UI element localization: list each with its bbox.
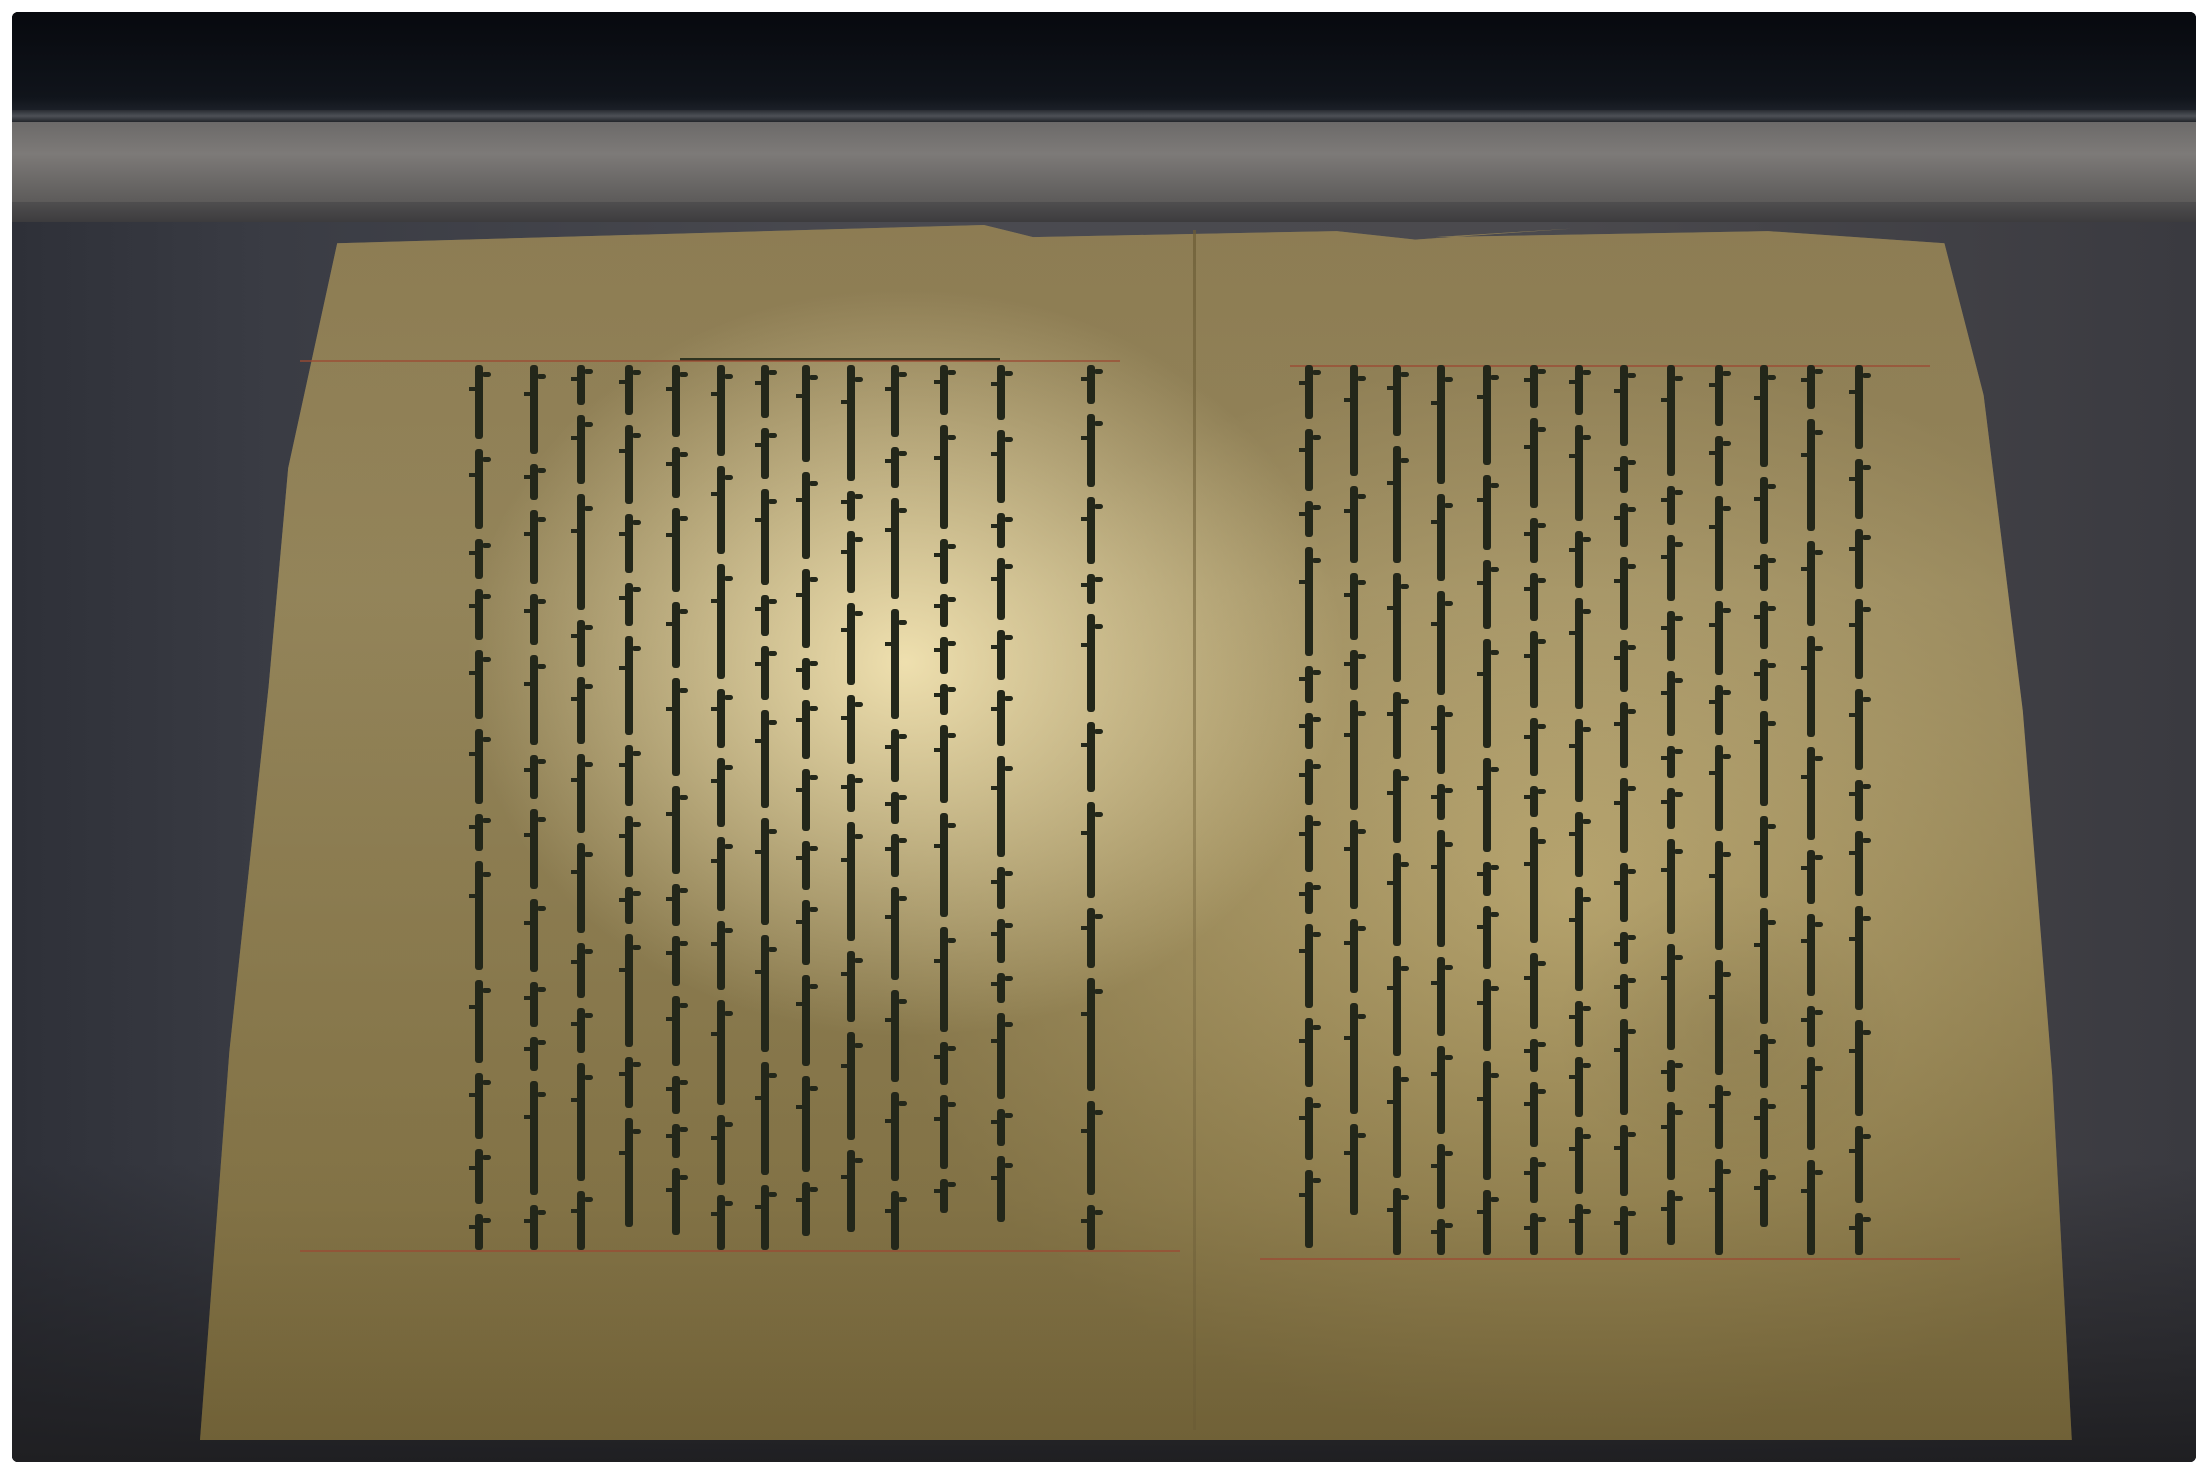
script-word	[891, 365, 899, 437]
ruling-line	[300, 1250, 1180, 1252]
script-word	[577, 1063, 585, 1181]
script-word	[1087, 574, 1095, 604]
script-word	[1620, 1206, 1628, 1255]
script-word	[717, 564, 725, 679]
script-word	[475, 729, 483, 804]
script-word	[717, 466, 725, 554]
script-column	[1432, 365, 1450, 1255]
script-word	[1667, 611, 1675, 661]
script-word	[1305, 882, 1313, 914]
script-word	[1483, 906, 1491, 969]
script-word	[577, 677, 585, 744]
script-column	[797, 365, 815, 1236]
script-word	[802, 1076, 810, 1172]
script-word	[1350, 1124, 1358, 1215]
script-word	[717, 1195, 725, 1250]
script-word	[1305, 429, 1313, 491]
script-word	[1575, 1001, 1583, 1047]
script-word	[1760, 908, 1768, 1024]
script-word	[847, 365, 855, 481]
script-word	[1667, 1060, 1675, 1092]
script-word	[1575, 812, 1583, 877]
script-word	[625, 1118, 633, 1227]
script-word	[1715, 1159, 1723, 1255]
script-word	[1437, 365, 1445, 484]
script-word	[1715, 745, 1723, 831]
script-word	[1620, 778, 1628, 853]
script-word	[1350, 486, 1358, 563]
script-word	[1087, 722, 1095, 792]
script-column	[1850, 365, 1868, 1255]
script-word	[672, 786, 680, 874]
script-word	[1530, 1039, 1538, 1072]
script-word	[997, 756, 1005, 857]
display-case-rail	[12, 110, 2196, 122]
script-word	[761, 646, 769, 700]
script-word	[847, 1032, 855, 1140]
script-word	[1350, 365, 1358, 476]
script-word	[1620, 863, 1628, 922]
script-word	[940, 637, 948, 674]
script-word	[530, 365, 538, 454]
script-word	[1760, 1034, 1768, 1088]
script-word	[1855, 365, 1863, 449]
script-word	[530, 809, 538, 889]
script-word	[1667, 1102, 1675, 1180]
script-word	[1530, 418, 1538, 508]
script-word	[625, 745, 633, 806]
script-word	[1760, 365, 1768, 467]
script-word	[1667, 839, 1675, 934]
script-word	[1305, 759, 1313, 805]
script-word	[940, 813, 948, 917]
script-word	[997, 973, 1005, 1003]
script-word	[891, 887, 899, 980]
script-word	[1807, 365, 1815, 409]
script-word	[1620, 932, 1628, 964]
script-word	[1620, 1125, 1628, 1196]
script-column	[667, 365, 685, 1235]
script-word	[717, 1115, 725, 1185]
script-word	[761, 595, 769, 636]
script-word	[1483, 1061, 1491, 1180]
script-word	[1575, 531, 1583, 588]
script-word	[625, 1057, 633, 1108]
script-column	[712, 365, 730, 1250]
script-word	[940, 927, 948, 1032]
ruling-line	[1260, 1258, 1960, 1260]
script-word	[940, 425, 948, 529]
script-word	[1305, 1018, 1313, 1087]
script-word	[1620, 640, 1628, 692]
script-word	[761, 710, 769, 808]
script-word	[1393, 853, 1401, 946]
script-word	[1855, 529, 1863, 589]
script-word	[1437, 1144, 1445, 1209]
script-word	[891, 729, 899, 782]
script-word	[802, 769, 810, 831]
script-word	[1807, 636, 1815, 737]
script-column	[1525, 365, 1543, 1255]
script-column	[1345, 365, 1363, 1215]
script-word	[997, 630, 1005, 680]
script-word	[530, 594, 538, 645]
script-word	[717, 1000, 725, 1105]
script-word	[625, 583, 633, 626]
script-column	[992, 365, 1010, 1222]
script-word	[997, 1013, 1005, 1099]
script-word	[1483, 979, 1491, 1051]
script-word	[1807, 419, 1815, 531]
script-word	[1575, 365, 1583, 415]
script-word	[1855, 780, 1863, 821]
script-word	[625, 816, 633, 877]
script-word	[1393, 692, 1401, 759]
script-word	[1760, 659, 1768, 701]
script-word	[475, 449, 483, 529]
script-word	[847, 822, 855, 941]
script-word	[1530, 718, 1538, 776]
script-word	[1437, 1046, 1445, 1134]
script-word	[1715, 365, 1723, 426]
script-word	[1530, 1157, 1538, 1203]
script-word	[530, 510, 538, 584]
script-word	[717, 758, 725, 827]
script-word	[847, 951, 855, 1022]
center-fold	[1193, 230, 1196, 1430]
script-column	[572, 365, 590, 1250]
script-word	[625, 425, 633, 504]
script-word	[1575, 1127, 1583, 1194]
script-word	[1305, 547, 1313, 656]
script-word	[1305, 1170, 1313, 1248]
script-column	[525, 365, 543, 1250]
script-word	[1437, 784, 1445, 820]
script-column	[1570, 365, 1588, 1255]
script-word	[802, 700, 810, 759]
script-word	[1855, 689, 1863, 770]
script-word	[1393, 1066, 1401, 1178]
script-word	[891, 609, 899, 719]
script-word	[577, 415, 585, 484]
script-word	[1305, 713, 1313, 749]
script-column	[470, 365, 488, 1250]
script-word	[1483, 365, 1491, 465]
script-word	[1760, 816, 1768, 898]
script-word	[761, 489, 769, 585]
script-word	[530, 899, 538, 972]
script-word	[475, 1149, 483, 1204]
script-word	[997, 558, 1005, 620]
script-word	[1305, 924, 1313, 1008]
script-word	[1855, 1020, 1863, 1116]
script-word	[940, 1179, 948, 1213]
script-word	[761, 818, 769, 925]
script-word	[997, 430, 1005, 503]
script-word	[847, 603, 855, 685]
script-word	[530, 982, 538, 1027]
script-word	[847, 491, 855, 521]
script-word	[802, 569, 810, 648]
script-word	[847, 1150, 855, 1232]
script-word	[1305, 815, 1313, 872]
script-word	[1575, 887, 1583, 991]
display-case-top	[12, 12, 2196, 112]
script-word	[1807, 1006, 1815, 1047]
script-word	[530, 1081, 538, 1195]
script-word	[761, 935, 769, 1052]
script-word	[625, 636, 633, 735]
script-word	[940, 725, 948, 803]
script-word	[1437, 1219, 1445, 1255]
script-word	[1530, 573, 1538, 621]
script-word	[1087, 614, 1095, 712]
script-word	[891, 1191, 899, 1250]
script-word	[1667, 746, 1675, 778]
script-word	[1393, 446, 1401, 563]
script-word	[940, 365, 948, 415]
script-word	[847, 774, 855, 812]
script-word	[997, 690, 1005, 746]
script-word	[475, 1073, 483, 1139]
script-column	[886, 365, 904, 1250]
script-word	[802, 841, 810, 890]
script-word	[475, 365, 483, 439]
script-word	[1715, 601, 1723, 675]
script-word	[1530, 631, 1538, 708]
script-word	[940, 1095, 948, 1169]
script-word	[1350, 700, 1358, 810]
script-word	[672, 602, 680, 668]
script-word	[1483, 758, 1491, 852]
script-word	[475, 814, 483, 851]
script-column	[756, 365, 774, 1250]
script-word	[761, 1185, 769, 1250]
script-word	[577, 494, 585, 610]
script-word	[1393, 769, 1401, 843]
script-word	[475, 650, 483, 719]
script-word	[672, 1076, 680, 1114]
script-word	[997, 365, 1005, 420]
script-word	[1483, 862, 1491, 896]
script-word	[530, 1205, 538, 1250]
script-word	[891, 447, 899, 488]
script-word	[1350, 650, 1358, 690]
script-word	[1087, 1101, 1095, 1195]
script-word	[1530, 1213, 1538, 1255]
script-word	[940, 684, 948, 715]
script-word	[1855, 459, 1863, 519]
ruling-line	[300, 360, 1120, 362]
script-word	[1483, 560, 1491, 629]
script-word	[1087, 978, 1095, 1091]
script-word	[802, 365, 810, 462]
script-word	[1760, 711, 1768, 806]
script-word	[940, 1042, 948, 1085]
script-word	[1807, 1057, 1815, 1150]
script-word	[1575, 598, 1583, 709]
script-word	[577, 620, 585, 667]
script-word	[1807, 541, 1815, 626]
script-word	[1087, 497, 1095, 564]
script-word	[1667, 671, 1675, 736]
script-word	[1620, 974, 1628, 1009]
script-word	[577, 365, 585, 405]
script-word	[1807, 914, 1815, 996]
script-word	[1760, 1098, 1768, 1159]
script-word	[940, 594, 948, 627]
script-column	[620, 365, 638, 1227]
script-word	[1393, 956, 1401, 1056]
script-word	[1620, 365, 1628, 446]
script-word	[891, 792, 899, 824]
script-word	[717, 837, 725, 911]
script-word	[1530, 1082, 1538, 1147]
script-word	[802, 1182, 810, 1236]
script-word	[1760, 601, 1768, 649]
script-word	[1437, 494, 1445, 581]
script-word	[802, 658, 810, 690]
script-word	[1807, 747, 1815, 840]
script-word	[1087, 414, 1095, 487]
ruling-line	[1290, 365, 1930, 367]
script-word	[577, 943, 585, 998]
script-word	[940, 539, 948, 584]
script-word	[1483, 475, 1491, 550]
script-word	[625, 934, 633, 1047]
script-word	[1530, 365, 1538, 408]
script-word	[1620, 557, 1628, 630]
script-word	[1437, 830, 1445, 947]
display-case-ledge	[12, 122, 2196, 202]
script-word	[577, 754, 585, 833]
script-word	[1305, 666, 1313, 703]
script-word	[475, 1214, 483, 1250]
script-word	[1575, 425, 1583, 521]
script-word	[1620, 456, 1628, 493]
script-word	[761, 365, 769, 418]
script-word	[672, 447, 680, 498]
script-word	[891, 834, 899, 877]
script-word	[1483, 1190, 1491, 1255]
script-word	[997, 919, 1005, 963]
script-word	[475, 980, 483, 1063]
script-word	[1620, 702, 1628, 768]
script-word	[672, 508, 680, 592]
script-word	[1760, 554, 1768, 591]
script-word	[802, 472, 810, 559]
script-word	[672, 678, 680, 776]
script-word	[1760, 477, 1768, 544]
script-word	[1855, 906, 1863, 1010]
script-word	[1855, 831, 1863, 896]
script-word	[1715, 496, 1723, 591]
script-column	[1710, 365, 1728, 1255]
script-word	[1437, 705, 1445, 774]
script-word	[1667, 535, 1675, 601]
script-word	[672, 365, 680, 437]
script-word	[1807, 850, 1815, 904]
script-word	[625, 887, 633, 924]
script-word	[1667, 1190, 1675, 1245]
script-word	[1620, 503, 1628, 547]
script-word	[1350, 1003, 1358, 1114]
script-word	[1575, 1057, 1583, 1117]
script-column	[1662, 365, 1680, 1245]
script-word	[475, 539, 483, 579]
script-word	[1715, 841, 1723, 950]
script-word	[1807, 1160, 1815, 1255]
script-word	[891, 498, 899, 599]
script-word	[475, 861, 483, 970]
script-word	[1087, 365, 1095, 404]
script-word	[1530, 786, 1538, 817]
script-word	[475, 589, 483, 640]
script-word	[530, 755, 538, 799]
script-word	[717, 365, 725, 456]
script-word	[1530, 518, 1538, 563]
script-word	[1350, 820, 1358, 909]
script-word	[717, 921, 725, 990]
script-word	[577, 1008, 585, 1053]
script-word	[1437, 591, 1445, 695]
script-word	[577, 843, 585, 933]
script-word	[891, 990, 899, 1082]
script-word	[672, 884, 680, 926]
script-word	[1087, 802, 1095, 898]
script-word	[1393, 573, 1401, 682]
script-column	[1082, 365, 1100, 1250]
script-word	[577, 1191, 585, 1250]
script-word	[802, 900, 810, 965]
script-word	[1575, 719, 1583, 802]
script-word	[1087, 908, 1095, 968]
script-word	[672, 1168, 680, 1235]
script-word	[1305, 501, 1313, 537]
script-word	[1350, 573, 1358, 640]
script-word	[1667, 365, 1675, 476]
script-word	[761, 428, 769, 479]
script-word	[802, 975, 810, 1066]
script-word	[1087, 1205, 1095, 1250]
script-word	[847, 531, 855, 593]
script-word	[1667, 486, 1675, 525]
script-word	[1437, 957, 1445, 1036]
script-word	[1855, 599, 1863, 679]
script-word	[1715, 960, 1723, 1075]
script-word	[1855, 1213, 1863, 1255]
script-word	[672, 936, 680, 986]
script-word	[717, 689, 725, 748]
script-column	[1300, 365, 1318, 1248]
script-word	[997, 513, 1005, 548]
script-column	[935, 365, 953, 1213]
script-column	[842, 365, 860, 1232]
script-column	[1755, 365, 1773, 1227]
script-word	[1855, 1126, 1863, 1203]
script-word	[1715, 685, 1723, 735]
script-word	[530, 464, 538, 500]
script-word	[1667, 944, 1675, 1050]
script-column	[1802, 365, 1820, 1255]
script-column	[1388, 365, 1406, 1255]
script-word	[997, 1109, 1005, 1146]
script-word	[1575, 1204, 1583, 1255]
script-word	[1760, 1169, 1768, 1227]
script-word	[1305, 1097, 1313, 1160]
script-word	[1530, 953, 1538, 1029]
script-column	[1615, 365, 1633, 1255]
